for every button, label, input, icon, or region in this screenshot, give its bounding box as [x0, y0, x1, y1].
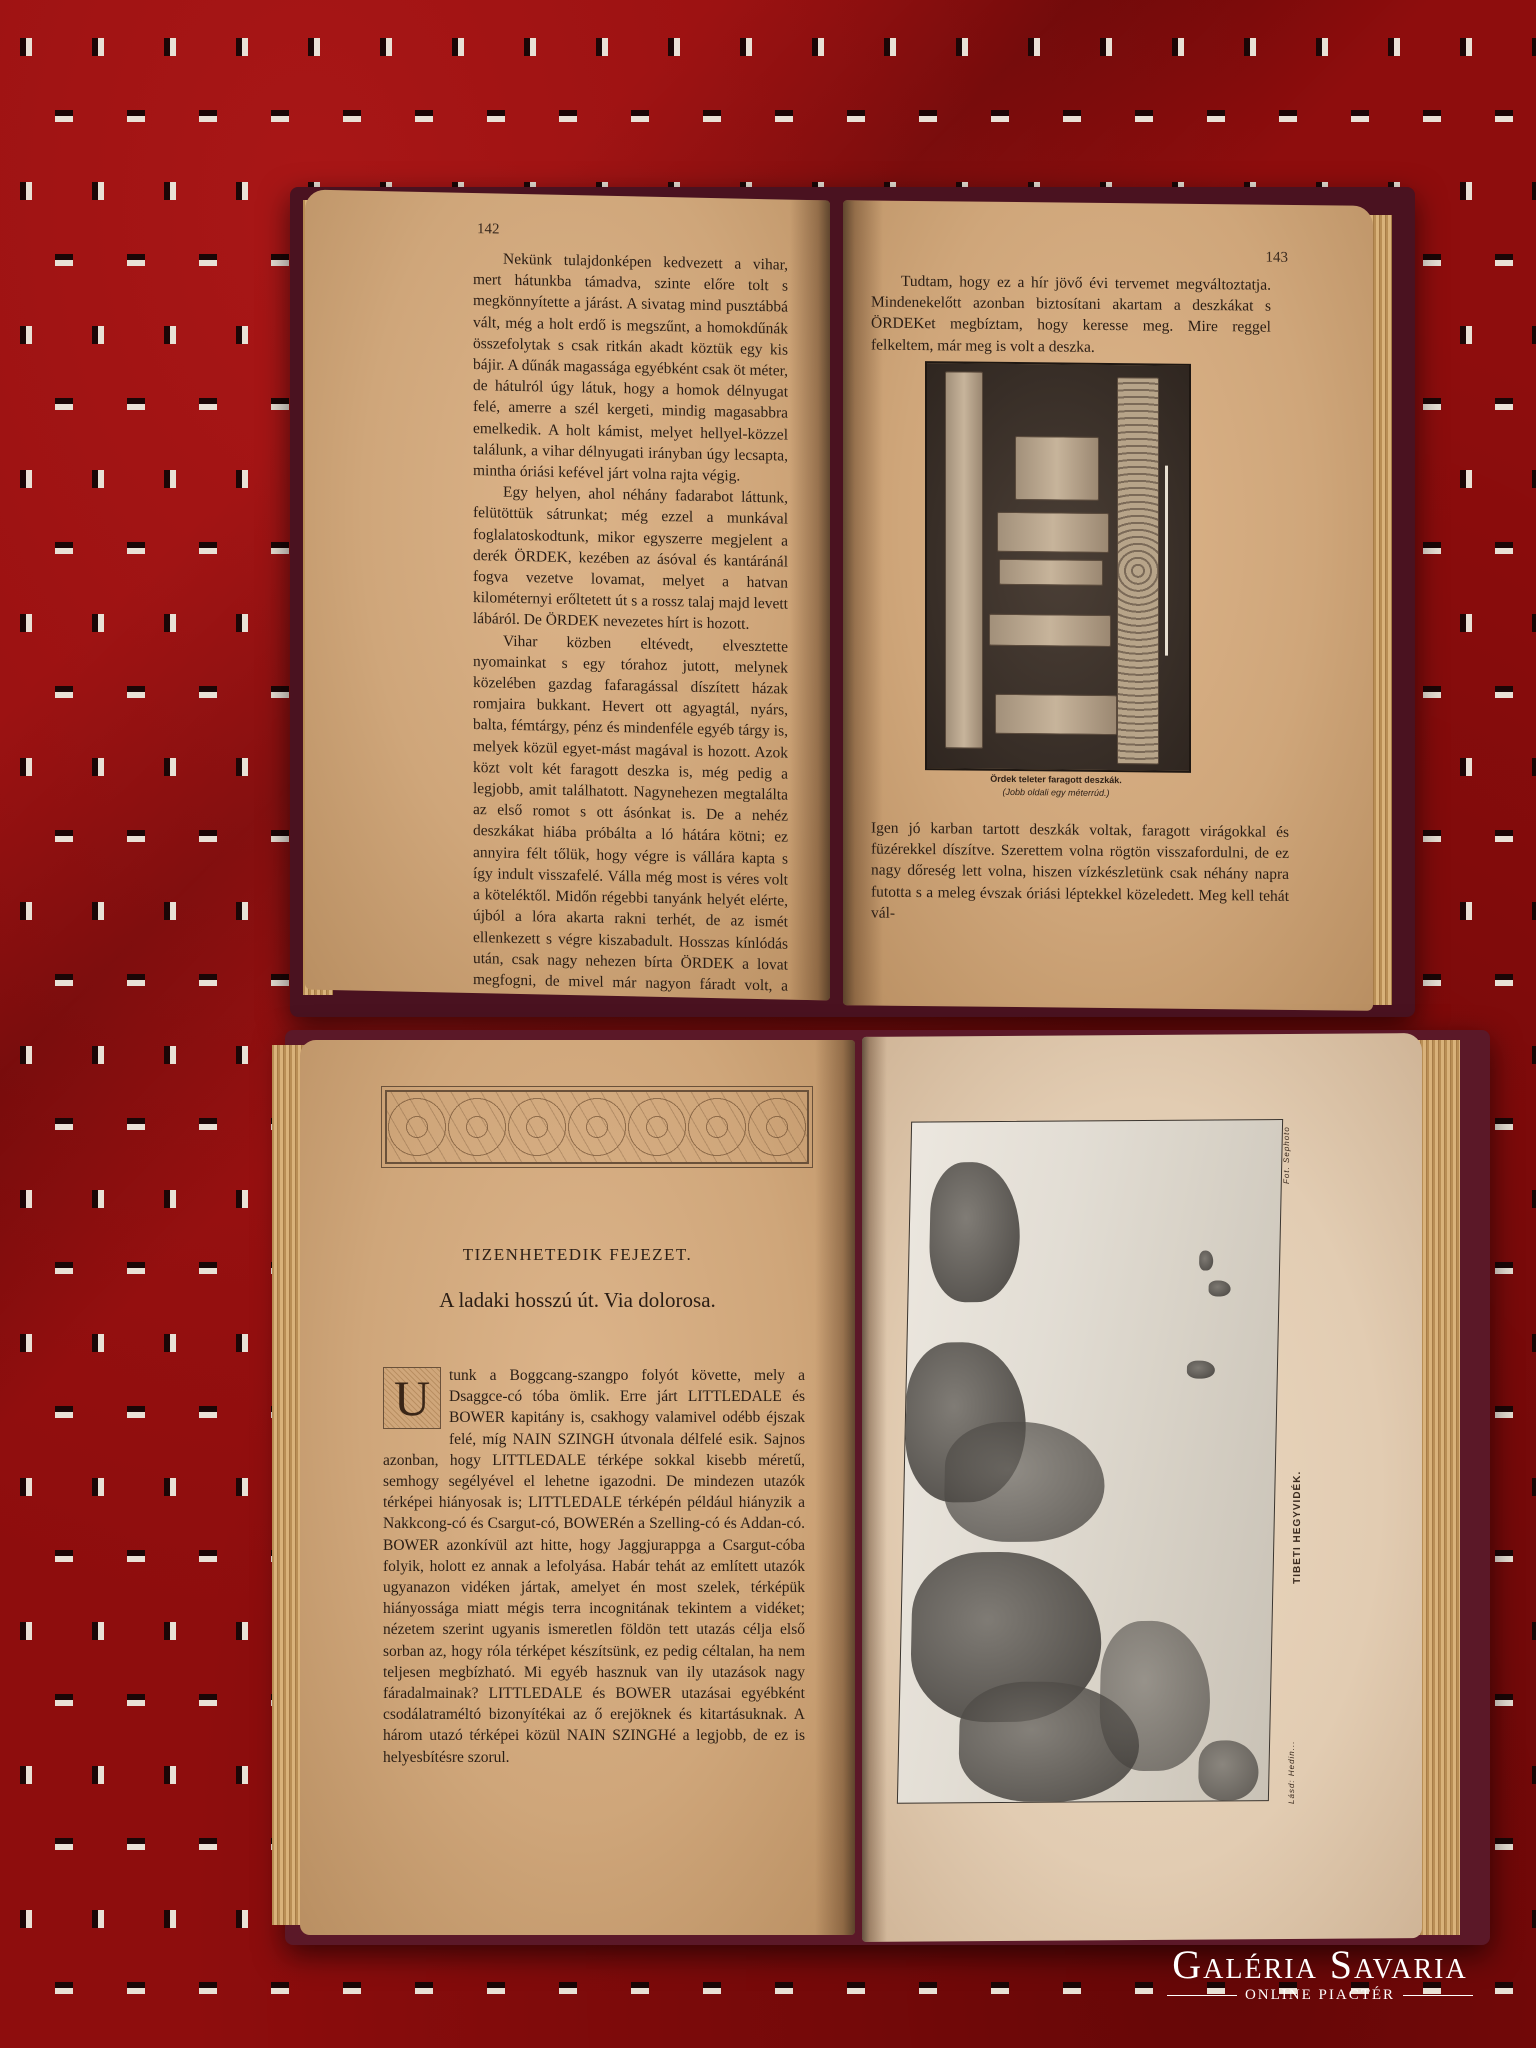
cloth-pattern-dot — [847, 1982, 865, 1994]
body-text: U tunk a Boggcang-szangpo folyót követte… — [383, 1365, 805, 1768]
cloth-pattern-dot — [1495, 542, 1513, 554]
carved-boards-photo — [925, 361, 1191, 773]
cloth-pattern-dot — [127, 686, 145, 698]
cloth-pattern-dot — [1495, 1118, 1513, 1130]
cloth-pattern-dot — [1423, 254, 1441, 266]
open-book-top: 142 Nekünk tulajdonképen kedvezett a vih… — [195, 195, 1415, 1025]
gutter-shadow — [790, 200, 830, 1001]
plate-credit-top: Fot. Sephoto — [1282, 1124, 1291, 1184]
chapter-label: TIZENHETEDIK FEJEZET. — [300, 1245, 855, 1265]
plate-caption: TIBETI HEGYVIDÉK. — [1292, 1414, 1303, 1584]
cloth-pattern-dot — [236, 38, 248, 56]
cloth-pattern-dot — [92, 182, 104, 200]
cloth-pattern-dot — [1423, 542, 1441, 554]
cloth-pattern-dot — [775, 110, 793, 122]
cloth-pattern-dot — [55, 1550, 73, 1562]
cloth-pattern-dot — [127, 1838, 145, 1850]
cloth-pattern-dot — [20, 1190, 32, 1208]
carved-board — [999, 559, 1103, 586]
rock — [1198, 1740, 1259, 1800]
carved-board — [989, 614, 1111, 647]
cloth-pattern-dot — [92, 1766, 104, 1784]
cloth-pattern-dot — [1532, 182, 1536, 200]
body-text-bottom: Igen jó karban tartott deszkák voltak, f… — [871, 818, 1289, 928]
cloth-pattern-dot — [20, 326, 32, 344]
paragraph: Igen jó karban tartott deszkák voltak, f… — [871, 818, 1289, 928]
cloth-pattern-dot — [164, 182, 176, 200]
cloth-pattern-dot — [559, 110, 577, 122]
cloth-pattern-dot — [20, 758, 32, 776]
cloth-pattern-dot — [991, 110, 1009, 122]
watermark-subtitle: ONLINE PIACTÉR — [1140, 1987, 1500, 2004]
tibetan-mountain-photo — [897, 1119, 1283, 1804]
cloth-pattern-dot — [1460, 758, 1472, 776]
galeria-savaria-watermark: Galéria Savaria ONLINE PIACTÉR — [1140, 1945, 1500, 2004]
cloth-pattern-dot — [884, 38, 896, 56]
cloth-pattern-dot — [1028, 38, 1040, 56]
cloth-pattern-dot — [1460, 614, 1472, 632]
cloth-pattern-dot — [55, 1694, 73, 1706]
cloth-pattern-dot — [1279, 110, 1297, 122]
cloth-pattern-dot — [55, 1982, 73, 1994]
cloth-pattern-dot — [1532, 614, 1536, 632]
cloth-pattern-dot — [164, 470, 176, 488]
cloth-pattern-dot — [271, 1982, 289, 1994]
cloth-pattern-dot — [92, 614, 104, 632]
carved-board — [997, 512, 1109, 553]
cloth-pattern-dot — [127, 1118, 145, 1130]
cloth-pattern-dot — [20, 1622, 32, 1640]
paragraph: Vihar közben eltévedt, elvesztette nyoma… — [473, 630, 788, 1001]
cloth-pattern-dot — [164, 1766, 176, 1784]
cloth-pattern-dot — [1495, 254, 1513, 266]
cloth-pattern-dot — [1495, 686, 1513, 698]
cloth-pattern-dot — [380, 38, 392, 56]
cloth-pattern-dot — [1532, 470, 1536, 488]
cloth-pattern-dot — [20, 1046, 32, 1064]
cloth-pattern-dot — [164, 1334, 176, 1352]
cloth-pattern-dot — [1172, 38, 1184, 56]
gutter-shadow — [862, 1037, 887, 1942]
paragraph: Egy helyen, ahol néhány fadarabot láttun… — [473, 481, 788, 636]
cloth-pattern-dot — [164, 1910, 176, 1928]
cloth-pattern-dot — [92, 326, 104, 344]
rock — [928, 1162, 1021, 1303]
cloth-pattern-dot — [20, 182, 32, 200]
cloth-pattern-dot — [956, 38, 968, 56]
paragraph: Tudtam, hogy ez a hír jövő évi tervemet … — [871, 271, 1271, 360]
cloth-pattern-dot — [164, 758, 176, 776]
cloth-pattern-dot — [55, 1262, 73, 1274]
paragraph: tunk a Boggcang-szangpo folyót követte, … — [383, 1367, 805, 1766]
cloth-pattern-dot — [1135, 110, 1153, 122]
cloth-pattern-dot — [92, 1478, 104, 1496]
cloth-pattern-dot — [1423, 110, 1441, 122]
cloth-pattern-dot — [92, 470, 104, 488]
cloth-pattern-dot — [127, 110, 145, 122]
cloth-pattern-dot — [164, 614, 176, 632]
cloth-pattern-dot — [20, 1334, 32, 1352]
cloth-pattern-dot — [1244, 38, 1256, 56]
cloth-pattern-dot — [1316, 38, 1328, 56]
cloth-pattern-dot — [1063, 110, 1081, 122]
cloth-pattern-dot — [20, 38, 32, 56]
cloth-pattern-dot — [92, 1334, 104, 1352]
cloth-pattern-dot — [487, 1982, 505, 1994]
cloth-pattern-dot — [703, 110, 721, 122]
cloth-pattern-dot — [92, 1190, 104, 1208]
cloth-pattern-dot — [703, 1982, 721, 1994]
cloth-pattern-dot — [55, 110, 73, 122]
cloth-pattern-dot — [127, 974, 145, 986]
cloth-pattern-dot — [1532, 758, 1536, 776]
paragraph: Nekünk tulajdonképen kedvezett a vihar, … — [473, 248, 788, 488]
cloth-pattern-dot — [20, 1910, 32, 1928]
open-book-bottom: TIZENHETEDIK FEJEZET. A ladaki hosszú út… — [200, 1035, 1480, 1945]
cloth-pattern-dot — [1495, 110, 1513, 122]
cloth-pattern-dot — [559, 1982, 577, 1994]
cloth-pattern-dot — [1532, 1190, 1536, 1208]
cloth-pattern-dot — [1532, 902, 1536, 920]
page-143: 143 Tudtam, hogy ez a hír jövő évi terve… — [843, 200, 1373, 1011]
cloth-pattern-dot — [1532, 1478, 1536, 1496]
cloth-pattern-dot — [1495, 974, 1513, 986]
carved-board — [1015, 436, 1099, 501]
cloth-pattern-dot — [1388, 38, 1400, 56]
ornamental-drop-cap: U — [383, 1367, 441, 1429]
cloth-pattern-dot — [308, 38, 320, 56]
cloth-pattern-dot — [92, 1622, 104, 1640]
page-number: 142 — [477, 221, 500, 238]
rock — [1099, 1621, 1212, 1772]
cloth-pattern-dot — [991, 1982, 1009, 1994]
cloth-pattern-dot — [1460, 326, 1472, 344]
cloth-pattern-dot — [127, 1982, 145, 1994]
page-number: 143 — [1266, 250, 1289, 267]
cloth-pattern-dot — [1460, 182, 1472, 200]
cloth-pattern-dot — [1423, 686, 1441, 698]
cloth-pattern-dot — [164, 902, 176, 920]
meter-rod — [1165, 466, 1168, 656]
watermark-title: Galéria Savaria — [1140, 1945, 1500, 1985]
cloth-pattern-dot — [1495, 1406, 1513, 1418]
yak-figure — [1187, 1360, 1215, 1378]
cloth-pattern-dot — [343, 110, 361, 122]
cloth-pattern-dot — [1532, 1910, 1536, 1928]
carved-board — [995, 694, 1117, 735]
cloth-pattern-dot — [1495, 1550, 1513, 1562]
cloth-pattern-dot — [20, 470, 32, 488]
cloth-pattern-dot — [55, 254, 73, 266]
cloth-pattern-dot — [127, 1406, 145, 1418]
cloth-pattern-dot — [415, 1982, 433, 1994]
cloth-pattern-dot — [415, 110, 433, 122]
cloth-pattern-dot — [812, 38, 824, 56]
carved-board — [1117, 377, 1159, 764]
cloth-pattern-dot — [164, 38, 176, 56]
cloth-pattern-dot — [1532, 1046, 1536, 1064]
cloth-pattern-dot — [1351, 110, 1369, 122]
cloth-pattern-dot — [1495, 1262, 1513, 1274]
cloth-pattern-dot — [92, 1046, 104, 1064]
page-142: 142 Nekünk tulajdonképen kedvezett a vih… — [305, 190, 830, 1001]
cloth-pattern-dot — [271, 110, 289, 122]
cloth-pattern-dot — [775, 1982, 793, 1994]
photo-plate-page: TIBETI HEGYVIDÉK. Fot. Sephoto Lásd: Hed… — [862, 1033, 1422, 1942]
cloth-pattern-dot — [631, 110, 649, 122]
cloth-pattern-dot — [1100, 38, 1112, 56]
cloth-pattern-dot — [343, 1982, 361, 1994]
cloth-pattern-dot — [55, 542, 73, 554]
chapter-title: A ladaki hosszú út. Via dolorosa. — [300, 1288, 855, 1313]
cloth-pattern-dot — [1460, 902, 1472, 920]
cloth-pattern-dot — [1063, 1982, 1081, 1994]
cloth-pattern-dot — [919, 110, 937, 122]
cloth-pattern-dot — [164, 1046, 176, 1064]
cloth-pattern-dot — [847, 110, 865, 122]
cloth-pattern-dot — [20, 902, 32, 920]
gutter-shadow — [815, 1040, 855, 1935]
cloth-pattern-dot — [1423, 830, 1441, 842]
cloth-pattern-dot — [92, 758, 104, 776]
cloth-pattern-dot — [20, 1478, 32, 1496]
cloth-pattern-dot — [127, 1262, 145, 1274]
cloth-pattern-dot — [164, 1478, 176, 1496]
cloth-pattern-dot — [55, 1838, 73, 1850]
carved-board — [945, 371, 983, 748]
body-text-top: Tudtam, hogy ez a hír jövő évi tervemet … — [871, 271, 1271, 360]
yak-figure — [1199, 1251, 1213, 1271]
cloth-pattern-dot — [199, 110, 217, 122]
rock — [943, 1421, 1106, 1542]
cloth-pattern-dot — [1532, 1334, 1536, 1352]
cloth-pattern-dot — [164, 1190, 176, 1208]
cloth-pattern-dot — [668, 38, 680, 56]
cloth-pattern-dot — [1495, 1694, 1513, 1706]
cloth-pattern-dot — [1423, 974, 1441, 986]
cloth-pattern-dot — [1460, 38, 1472, 56]
cloth-pattern-dot — [92, 902, 104, 920]
cloth-pattern-dot — [1495, 830, 1513, 842]
body-text: Nekünk tulajdonképen kedvezett a vihar, … — [473, 248, 788, 1000]
cloth-pattern-dot — [1532, 326, 1536, 344]
cloth-pattern-dot — [452, 38, 464, 56]
cloth-pattern-dot — [919, 1982, 937, 1994]
cloth-pattern-dot — [55, 398, 73, 410]
cloth-pattern-dot — [127, 398, 145, 410]
cloth-pattern-dot — [55, 1406, 73, 1418]
cloth-pattern-dot — [127, 1550, 145, 1562]
cloth-pattern-dot — [92, 38, 104, 56]
chapter-17-page: TIZENHETEDIK FEJEZET. A ladaki hosszú út… — [300, 1040, 855, 1935]
cloth-pattern-dot — [1532, 38, 1536, 56]
cloth-pattern-dot — [55, 830, 73, 842]
cloth-pattern-dot — [127, 1694, 145, 1706]
plate-credit-bottom: Lásd: Hedin... — [1287, 1734, 1296, 1804]
cloth-pattern-dot — [92, 1910, 104, 1928]
cloth-pattern-dot — [127, 542, 145, 554]
cloth-pattern-dot — [1532, 1766, 1536, 1784]
ornamental-header-band — [385, 1090, 809, 1164]
cloth-pattern-dot — [487, 110, 505, 122]
yak-figure — [1208, 1280, 1230, 1296]
cloth-pattern-dot — [1423, 398, 1441, 410]
cloth-pattern-dot — [1532, 1622, 1536, 1640]
cloth-pattern-dot — [1460, 470, 1472, 488]
cloth-pattern-dot — [631, 1982, 649, 1994]
cloth-pattern-dot — [740, 38, 752, 56]
cloth-pattern-dot — [596, 38, 608, 56]
cloth-pattern-dot — [55, 686, 73, 698]
cloth-pattern-dot — [199, 1982, 217, 1994]
cloth-pattern-dot — [55, 974, 73, 986]
figure-subcaption: (Jobb oldali egy méterrúd.) — [925, 786, 1187, 799]
figure-caption: Ördek teleter faragott deszkák. — [925, 773, 1187, 786]
cloth-pattern-dot — [127, 254, 145, 266]
cloth-pattern-dot — [20, 1766, 32, 1784]
cloth-pattern-dot — [55, 1118, 73, 1130]
cloth-pattern-dot — [164, 326, 176, 344]
cloth-pattern-dot — [1495, 1838, 1513, 1850]
cloth-pattern-dot — [127, 830, 145, 842]
cloth-pattern-dot — [1495, 398, 1513, 410]
cloth-pattern-dot — [1207, 110, 1225, 122]
cloth-pattern-dot — [20, 614, 32, 632]
cloth-pattern-dot — [164, 1622, 176, 1640]
cloth-pattern-dot — [524, 38, 536, 56]
